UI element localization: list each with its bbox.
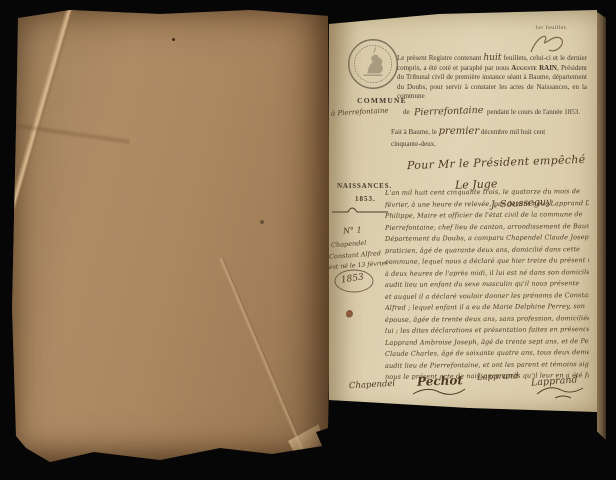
book-page-edge xyxy=(597,12,606,440)
president-name: Auguste RAIN xyxy=(511,64,557,72)
signature-flourish-icon xyxy=(411,388,467,398)
folio-label: 1er feuillet. xyxy=(535,25,568,31)
register-page: 1er feuillet. COMMUNE à Pierrefontaine L… xyxy=(329,10,597,416)
register-intro-last-line: de Pierrefontaine pendant le cours de l'… xyxy=(403,106,589,117)
signatures-row: Chapendel Pechot Lapprand Lapprand xyxy=(345,372,589,406)
paraphe-flourish-icon xyxy=(527,32,571,56)
handwritten-commune-name: Pierrefontaine xyxy=(413,105,483,118)
birth-act-body: L'an mil huit cent cinquante trois, le q… xyxy=(385,187,589,383)
register-intro-paragraph: Le présent Registre contenant huit feuil… xyxy=(397,54,587,102)
signature-witness-2: Lapprand xyxy=(477,371,519,382)
margin-divider-flourish-icon xyxy=(331,206,389,216)
intro-text: pendant le cours de l'année 1853. xyxy=(487,108,580,116)
signature-flourish-icon xyxy=(535,386,585,400)
attestation-date-line2: cinquante-deux. xyxy=(391,140,436,148)
scanned-register-photo: 1er feuillet. COMMUNE à Pierrefontaine L… xyxy=(0,0,616,480)
ink-speck xyxy=(172,38,175,41)
delegation-line: Pour Mr le Président empêché xyxy=(407,153,586,172)
de-label: de xyxy=(403,108,410,116)
date-text: décembre mil huit cent xyxy=(481,128,545,136)
attestation-date-line: Fait à Baume, le premier décembre mil hu… xyxy=(391,126,587,137)
handwritten-day: premier xyxy=(439,126,479,137)
signature-declarant: Chapendel xyxy=(349,379,396,391)
naissances-section-label: NAISSANCES. xyxy=(337,182,392,190)
left-cover-page xyxy=(10,8,330,466)
paper-crease xyxy=(0,0,78,463)
ink-speck xyxy=(260,220,264,224)
intro-text: Le présent Registre contenant xyxy=(397,54,481,62)
paper-crease xyxy=(0,118,130,145)
year-label: 1853. xyxy=(355,195,376,203)
official-round-seal-icon xyxy=(345,36,401,92)
signature-witness-1: Pechot xyxy=(417,373,463,389)
act-number: N° 1 xyxy=(343,225,362,235)
margin-note-firstnames: Constant Alfred xyxy=(329,249,381,261)
margin-note-surname: Chapendel xyxy=(331,239,367,249)
handwritten-sheet-count: huit xyxy=(483,53,501,63)
paper-stain xyxy=(346,310,353,318)
date-text: Fait à Baume, le xyxy=(391,128,437,136)
